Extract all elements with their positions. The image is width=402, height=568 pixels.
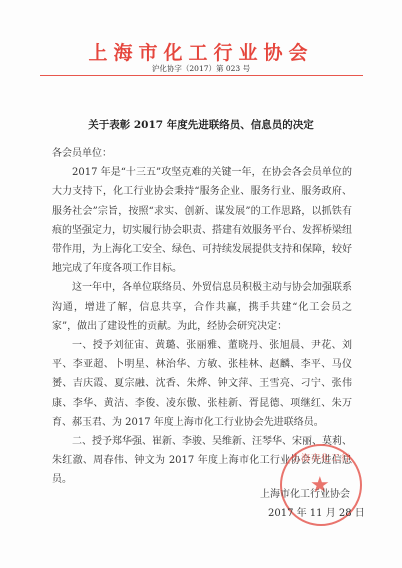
- letterhead-divider: [40, 75, 363, 76]
- signature-org: 上海市化工行业协会: [260, 485, 350, 500]
- paragraph-liaison-awards: 一、授予刘征宙、黄璐、张丽雅、董晓丹、张旭晨、尹花、刘平、李亚超、卜明星、林治华…: [52, 336, 352, 432]
- document-title: 关于表彰 2017 年度先进联络员、信息员的决定: [0, 117, 402, 132]
- salutation: 各会员单位：: [52, 144, 352, 163]
- document-body: 各会员单位： 2017 年是“十三五”攻坚克难的关键一年，在协会各会员单位的大力…: [52, 144, 352, 490]
- document-number: 沪化协字（2017）第 023 号: [0, 63, 402, 74]
- org-letterhead: 上海市化工行业协会: [0, 38, 402, 65]
- paragraph-info-awards: 二、授予郑华强、崔新、李骏、吴维新、汪琴华、宋丽、莫莉、朱红澈、周春伟、钟文为 …: [52, 432, 352, 490]
- signature-date: 2017 年 11 月 28 日: [268, 504, 365, 519]
- document-page: 上海市化工行业协会 沪化协字（2017）第 023 号 关于表彰 2017 年度…: [0, 0, 402, 568]
- paragraph-decision: 这一年中，各单位联络员、外贸信息员积极主动与协会加强联系沟通，增进了解，信息共享…: [52, 278, 352, 336]
- paragraph-intro: 2017 年是“十三五”攻坚克难的关键一年，在协会各会员单位的大力支持下，化工行…: [52, 163, 352, 278]
